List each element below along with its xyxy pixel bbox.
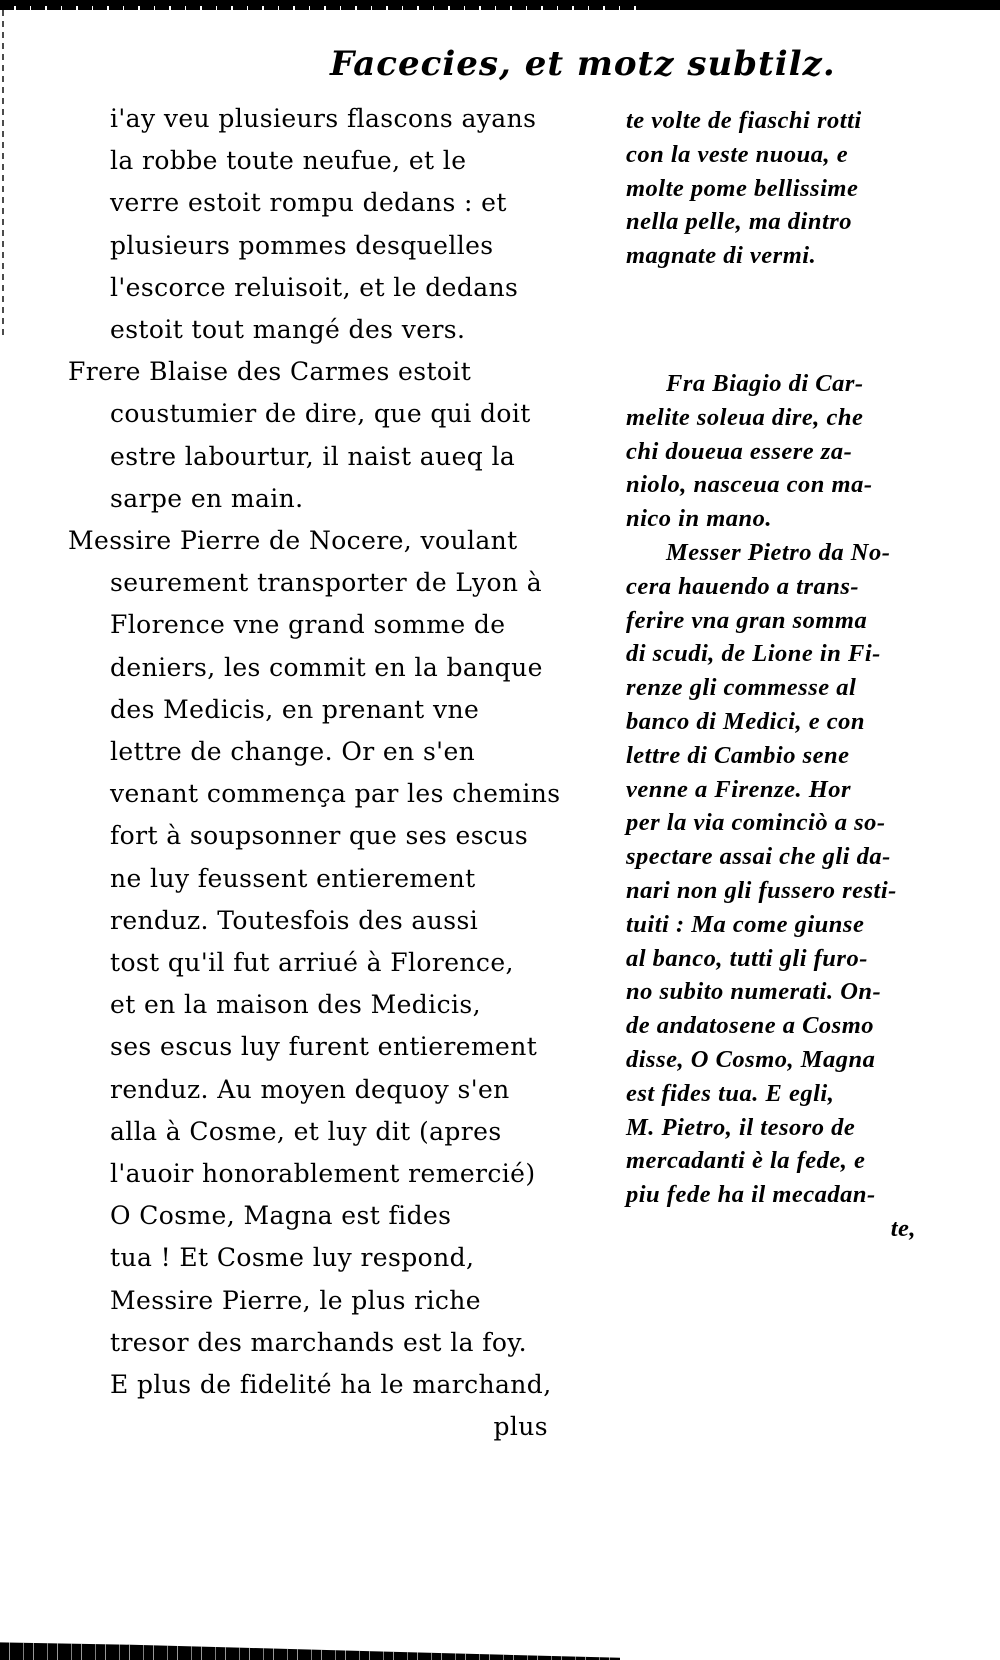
paragraph-gap (626, 273, 916, 367)
text-line: venant commença par les chemins (68, 773, 578, 815)
text-line: per la via cominciò a so- (626, 806, 916, 840)
text-line: la robbe toute neufue, et le (68, 140, 578, 182)
paragraph-start-line: Messire Pierre de Nocere, voulant (68, 520, 578, 562)
text-line: tua ! Et Cosme luy respond, (68, 1237, 578, 1279)
text-line: renduz. Au moyen dequoy s'en (68, 1069, 578, 1111)
text-line: nari non gli fussero resti- (626, 874, 916, 908)
text-line: mercadanti è la fede, e (626, 1144, 916, 1178)
text-line: O Cosme, Magna est fides (68, 1195, 578, 1237)
text-line: seurement transporter de Lyon à (68, 562, 578, 604)
text-line: coustumier de dire, que qui doit (68, 393, 578, 435)
text-line: deniers, les commit en la banque (68, 647, 578, 689)
paragraph-start-line: Frere Blaise des Carmes estoit (68, 351, 578, 393)
scan-bottom-edge (0, 1638, 620, 1660)
text-line: banco di Medici, e con (626, 705, 916, 739)
text-line: renze gli commesse al (626, 671, 916, 705)
text-line: Messire Pierre, le plus riche (68, 1280, 578, 1322)
text-line: plusieurs pommes desquelles (68, 225, 578, 267)
text-line: et en la maison des Medicis, (68, 984, 578, 1026)
text-line: chi doueua essere za- (626, 435, 916, 469)
text-line: cera hauendo a trans- (626, 570, 916, 604)
text-line: est fides tua. E egli, (626, 1077, 916, 1111)
text-line: ferire vna gran somma (626, 604, 916, 638)
text-line: des Medicis, en prenant vne (68, 689, 578, 731)
text-line: con la veste nuoua, e (626, 138, 916, 172)
text-line: al banco, tutti gli furo- (626, 942, 916, 976)
text-line: i'ay veu plusieurs flascons ayans (68, 98, 578, 140)
scan-top-edge (0, 0, 1000, 10)
text-line: tuiti : Ma come giunse (626, 908, 916, 942)
text-line: magnate di vermi. (626, 239, 916, 273)
text-line: Florence vne grand somme de (68, 604, 578, 646)
scan-left-edge (2, 10, 4, 340)
running-head: Facecies, et motz subtilz. (330, 44, 730, 84)
catchword: plus (68, 1406, 578, 1448)
text-line: M. Pietro, il tesoro de (626, 1111, 916, 1145)
paragraph-start-line: Messer Pietro da No- (626, 536, 916, 570)
text-line: piu fede ha il mecadan- (626, 1178, 916, 1212)
text-line: nico in mano. (626, 502, 916, 536)
text-line: sarpe en main. (68, 478, 578, 520)
text-line: lettre di Cambio sene (626, 739, 916, 773)
text-line: te, (626, 1212, 916, 1246)
paragraph-start-line: Fra Biagio di Car- (626, 367, 916, 401)
text-line: no subito numerati. On- (626, 975, 916, 1009)
text-line: estoit tout mangé des vers. (68, 309, 578, 351)
text-line: molte pome bellissime (626, 172, 916, 206)
text-line: disse, O Cosmo, Magna (626, 1043, 916, 1077)
text-line: nella pelle, ma dintro (626, 205, 916, 239)
text-line: niolo, nasceua con ma- (626, 468, 916, 502)
text-line: de andatosene a Cosmo (626, 1009, 916, 1043)
text-line: tresor des marchands est la foy. (68, 1322, 578, 1364)
text-line: spectare assai che gli da- (626, 840, 916, 874)
french-column: i'ay veu plusieurs flascons ayans la rob… (68, 98, 578, 1449)
italian-column: te volte de fiaschi rotti con la veste n… (626, 104, 916, 1246)
text-line: verre estoit rompu dedans : et (68, 182, 578, 224)
text-line: melite soleua dire, che (626, 401, 916, 435)
text-line: fort à soupsonner que ses escus (68, 815, 578, 857)
text-line: venne a Firenze. Hor (626, 773, 916, 807)
text-line: alla à Cosme, et luy dit (apres (68, 1111, 578, 1153)
text-line: te volte de fiaschi rotti (626, 104, 916, 138)
text-line: l'escorce reluisoit, et le dedans (68, 267, 578, 309)
text-line: ses escus luy furent entierement (68, 1026, 578, 1068)
text-line: l'auoir honorablement remercié) (68, 1153, 578, 1195)
text-line: ne luy feussent entierement (68, 858, 578, 900)
text-line: renduz. Toutesfois des aussi (68, 900, 578, 942)
text-line: tost qu'il fut arriué à Florence, (68, 942, 578, 984)
text-line: E plus de fidelité ha le marchand, (68, 1364, 578, 1406)
text-line: lettre de change. Or en s'en (68, 731, 578, 773)
text-line: di scudi, de Lione in Fi- (626, 637, 916, 671)
text-line: estre labourtur, il naist aueq la (68, 436, 578, 478)
